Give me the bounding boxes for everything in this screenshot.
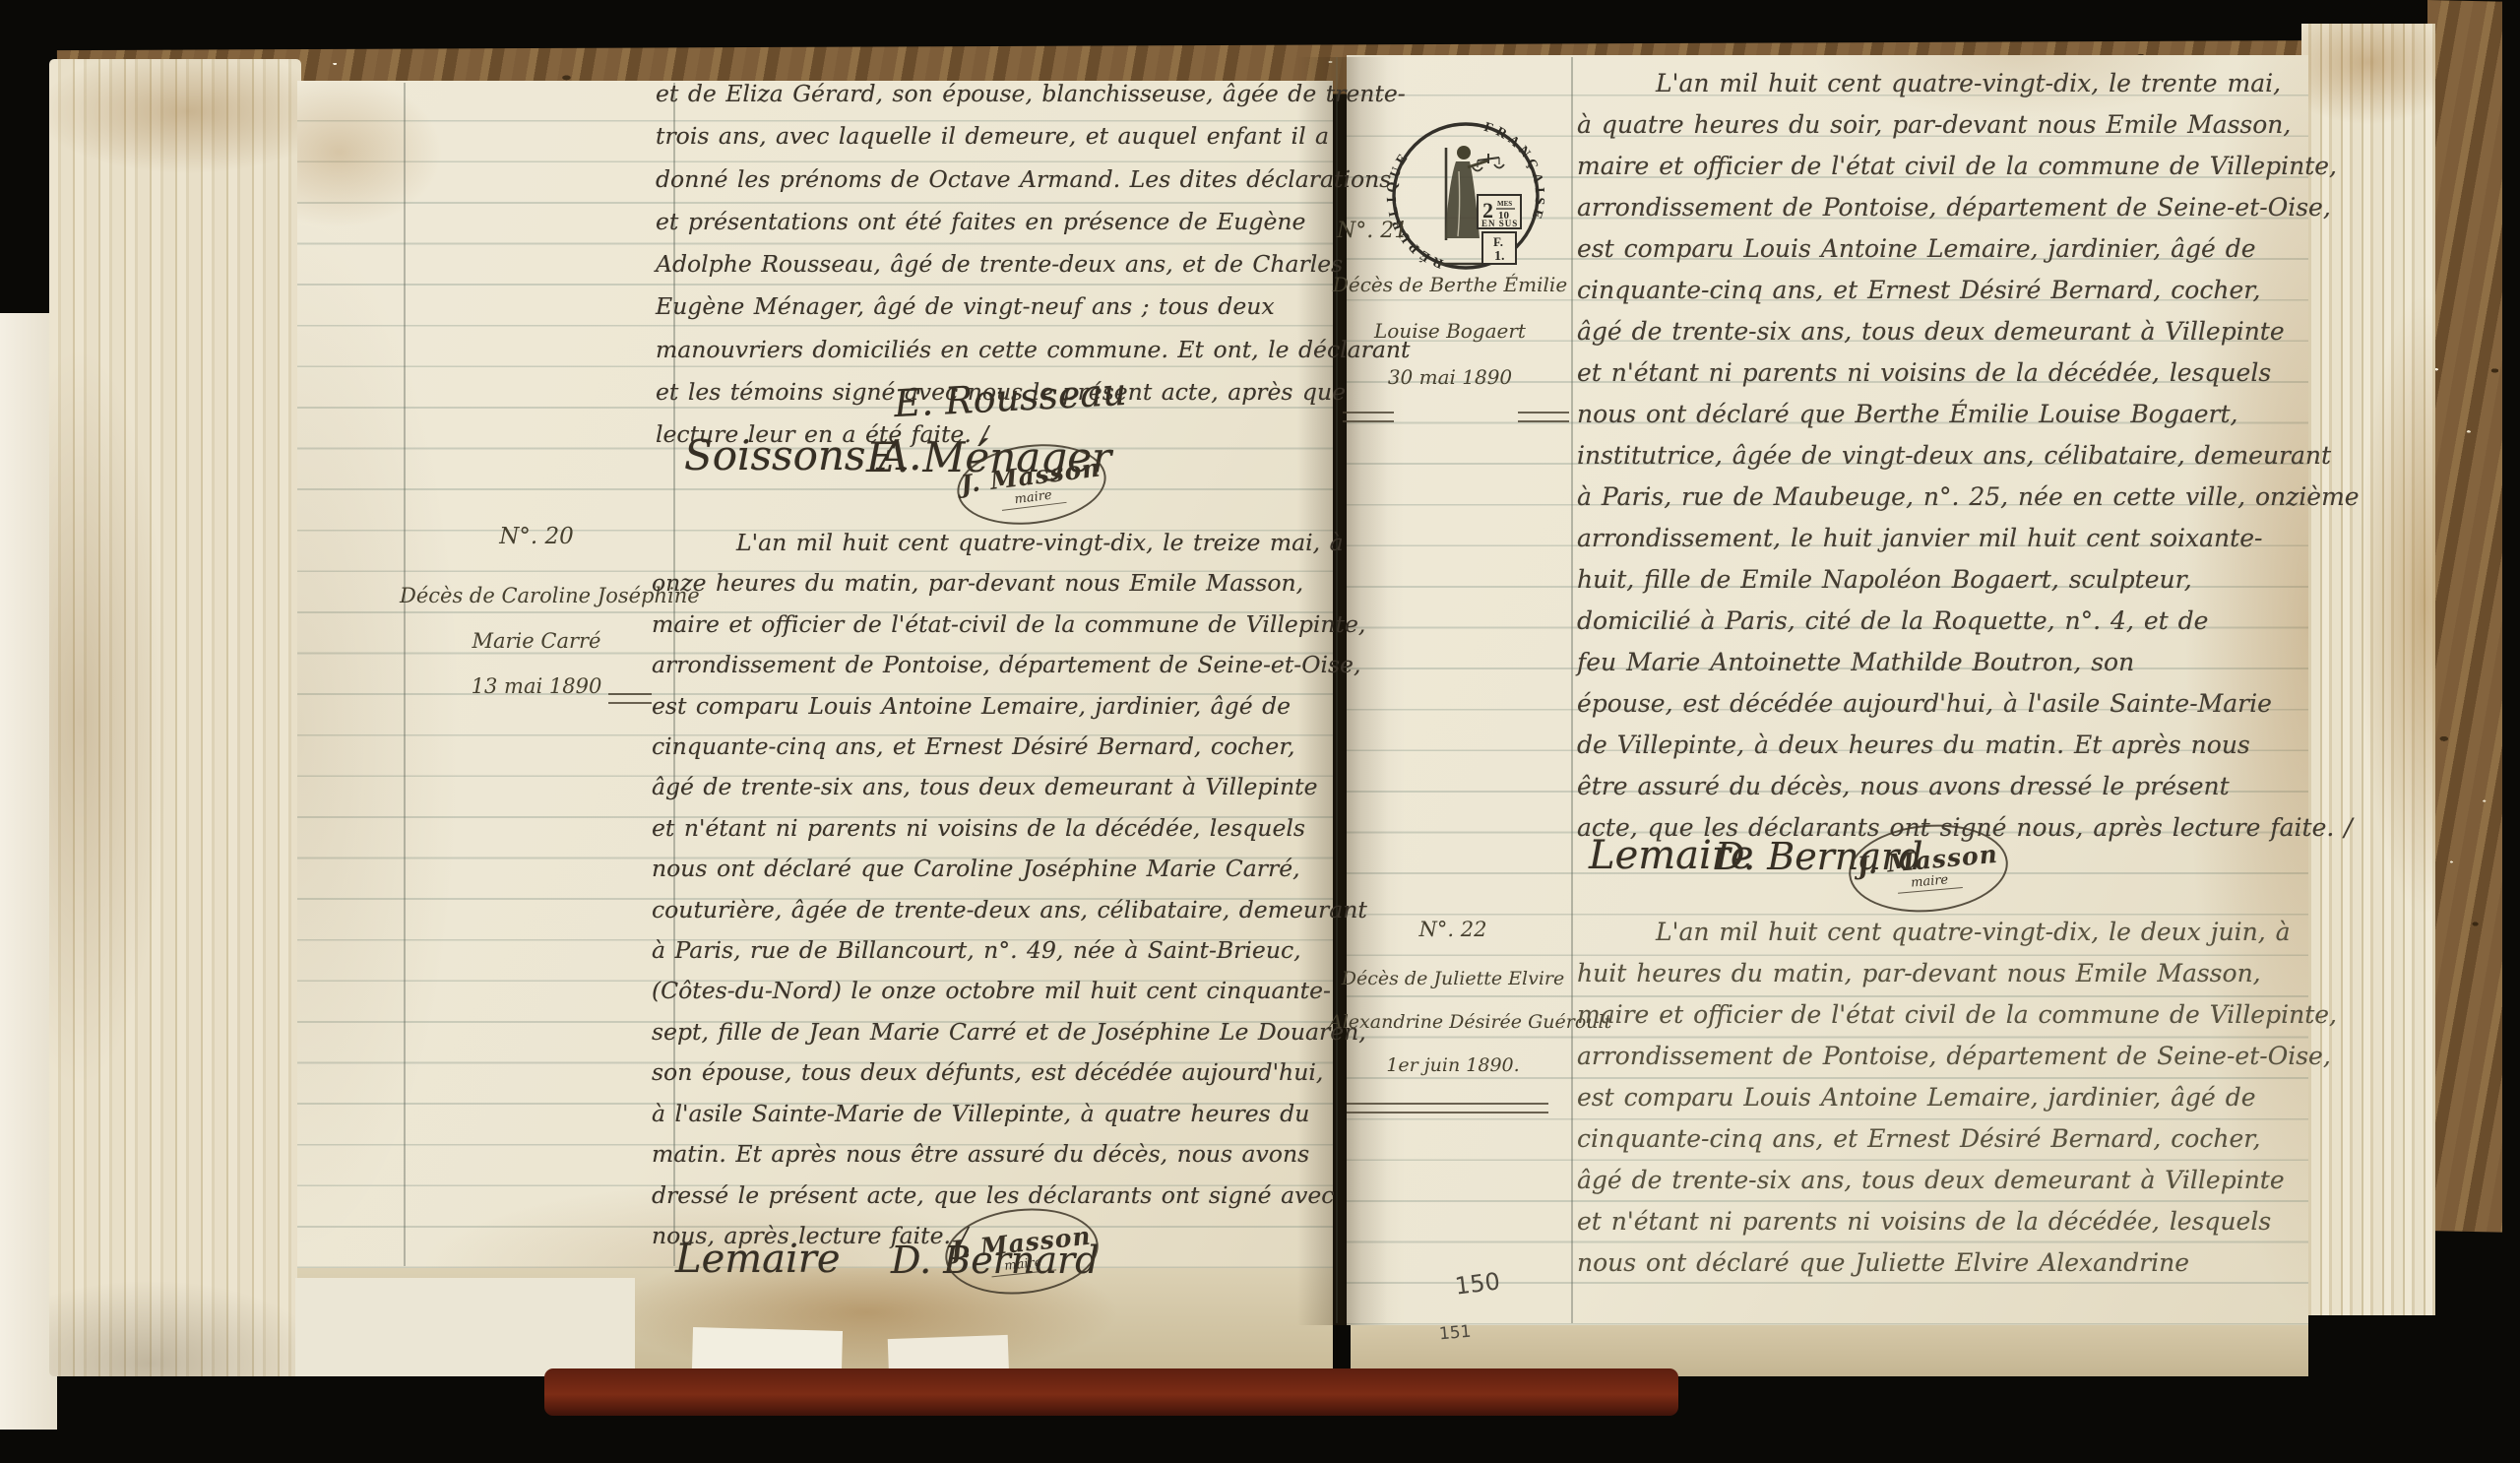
margin-note-line: Décès de Juliette Elvire xyxy=(1329,957,1577,1000)
margin-note-line: 13 mai 1890 xyxy=(400,664,673,709)
manuscript-line: donné les prénoms de Octave Armand. Les … xyxy=(656,159,1321,201)
manuscript-line: maire et officier de l'état civil de la … xyxy=(1577,146,2301,187)
manuscript-line: sept, fille de Jean Marie Carré et de Jo… xyxy=(652,1012,1321,1052)
manuscript-line: institutrice, âgée de vingt-deux ans, cé… xyxy=(1577,435,2301,477)
manuscript-line: cinquante-cinq ans, et Ernest Désiré Ber… xyxy=(1577,1118,2305,1160)
manuscript-line: et n'étant ni parents ni voisins de la d… xyxy=(1577,352,2301,394)
manuscript-line: et présentations ont été faites en prése… xyxy=(656,201,1321,243)
manuscript-line: domicilié à Paris, cité de la Roquette, … xyxy=(1577,601,2301,642)
manuscript-line: arrondissement de Pontoise, département … xyxy=(1577,187,2301,228)
manuscript-line: âgé de trente-six ans, tous deux demeura… xyxy=(1577,311,2301,352)
manuscript-line: à l'asile Sainte-Marie de Villepinte, à … xyxy=(652,1094,1321,1134)
manuscript-line: Adolphe Rousseau, âgé de trente-deux ans… xyxy=(656,243,1321,286)
manuscript-line: cinquante-cinq ans, et Ernest Désiré Ber… xyxy=(1577,270,2301,311)
manuscript-line: onze heures du matin, par-devant nous Em… xyxy=(652,563,1321,604)
manuscript-line: matin. Et après nous être assuré du décè… xyxy=(652,1134,1321,1175)
manuscript-line: être assuré du décès, nous avons dressé … xyxy=(1577,766,2301,807)
manuscript-line: nous ont déclaré que Juliette Elvire Ale… xyxy=(1577,1242,2305,1284)
pencil-page-number: 150 xyxy=(1453,1267,1501,1300)
act-22-paragraph: L'an mil huit cent quatre-vingt-dix, le … xyxy=(1577,912,2305,1284)
margin-note-line: Alexandrine Désirée Guéroult xyxy=(1329,1000,1577,1044)
stamp-arc-text-left: RÉPUBLIQUE xyxy=(1385,149,1446,271)
margin-note-act-22: N°. 22 Décès de Juliette Elvire Alexandr… xyxy=(1329,908,1577,1087)
manuscript-line: huit, fille de Emile Napoléon Bogaert, s… xyxy=(1577,559,2301,601)
witness-signature-lemaire: Lemaire xyxy=(675,1237,841,1282)
manuscript-line: L'an mil huit cent quatre-vingt-dix, le … xyxy=(652,523,1321,563)
manuscript-line: âgé de trente-six ans, tous deux demeura… xyxy=(1577,1160,2305,1201)
stamp-franc-label: F. xyxy=(1493,234,1503,249)
manuscript-line: feu Marie Antoinette Mathilde Boutron, s… xyxy=(1577,642,2301,683)
loose-sheet-edge xyxy=(295,1278,635,1376)
act-number: N°. 20 xyxy=(400,514,673,559)
manuscript-line: épouse, est décédée aujourd'hui, à l'asi… xyxy=(1577,683,2301,725)
act-20-paragraph: L'an mil huit cent quatre-vingt-dix, le … xyxy=(652,523,1321,1256)
stamp-surtax-label: EN SUS xyxy=(1481,219,1518,228)
act-number: N°. 22 xyxy=(1329,908,1577,951)
margin-note-line: 30 mai 1890 xyxy=(1329,354,1571,401)
act-separator-mark xyxy=(1518,412,1569,422)
manuscript-line: et n'étant ni parents ni voisins de la d… xyxy=(652,808,1321,849)
marbled-cover-right-edge xyxy=(2427,0,2502,1233)
margin-rule xyxy=(1336,57,1338,1323)
manuscript-line: (Côtes-du-Nord) le onze octobre mil huit… xyxy=(652,971,1321,1011)
stained-underleaf-right xyxy=(1351,1317,2308,1376)
margin-note-line: Décès de Caroline Joséphine xyxy=(400,573,673,618)
stamp-value-sup: MES xyxy=(1497,200,1512,208)
margin-note-line: Décès de Berthe Émilie xyxy=(1329,262,1571,308)
margin-note-line: Louise Bogaert xyxy=(1329,308,1571,354)
manuscript-line: trois ans, avec laquelle il demeure, et … xyxy=(656,115,1321,158)
manuscript-line: son épouse, tous deux défunts, est décéd… xyxy=(652,1052,1321,1093)
manuscript-line: à quatre heures du soir, par-devant nous… xyxy=(1577,104,2301,146)
manuscript-line: nous ont déclaré que Caroline Joséphine … xyxy=(652,849,1321,889)
manuscript-line: cinquante-cinq ans, et Ernest Désiré Ber… xyxy=(652,727,1321,767)
manuscript-line: couturière, âgée de trente-deux ans, cél… xyxy=(652,890,1321,930)
margin-rule xyxy=(1571,57,1573,1323)
manuscript-line: à Paris, rue de Billancourt, n°. 49, née… xyxy=(652,930,1321,971)
manuscript-line: est comparu Louis Antoine Lemaire, jardi… xyxy=(1577,228,2301,270)
svg-text:RÉPUBLIQUE: RÉPUBLIQUE xyxy=(1385,149,1446,271)
page-stack-left xyxy=(49,59,301,1376)
manuscript-line: de Villepinte, à deux heures du matin. E… xyxy=(1577,725,2301,766)
manuscript-line: arrondissement de Pontoise, département … xyxy=(1577,1036,2305,1077)
register-book-scan: et de Eliza Gérard, son épouse, blanchis… xyxy=(0,0,2520,1463)
manuscript-line: arrondissement, le huit janvier mil huit… xyxy=(1577,518,2301,559)
manuscript-line: arrondissement de Pontoise, département … xyxy=(652,645,1321,685)
act-number-21: N°. 21 xyxy=(1337,219,1408,243)
manuscript-line: âgé de trente-six ans, tous deux demeura… xyxy=(652,767,1321,807)
margin-note-act-20: N°. 20 Décès de Caroline Joséphine Marie… xyxy=(400,514,673,709)
margin-note-act-21: Décès de Berthe Émilie Louise Bogaert 30… xyxy=(1329,262,1571,401)
act-separator-rule xyxy=(1347,1103,1548,1113)
manuscript-line: maire et officier de l'état civil de la … xyxy=(1577,994,2305,1036)
manuscript-line: et de Eliza Gérard, son épouse, blanchis… xyxy=(656,73,1321,115)
cover-spine-bottom xyxy=(544,1368,1678,1416)
manuscript-line: huit heures du matin, par-devant nous Em… xyxy=(1577,953,2305,994)
manuscript-line: et n'étant ni parents ni voisins de la d… xyxy=(1577,1201,2305,1242)
manuscript-line: L'an mil huit cent quatre-vingt-dix, le … xyxy=(1577,912,2305,953)
manuscript-line: maire et officier de l'état-civil de la … xyxy=(652,604,1321,645)
stamp-surcharge-box: 2 MES 10 EN SUS F. 1. xyxy=(1478,195,1521,264)
manuscript-line: est comparu Louis Antoine Lemaire, jardi… xyxy=(652,686,1321,727)
manuscript-line: à Paris, rue de Maubeuge, n°. 25, née en… xyxy=(1577,477,2301,518)
revenue-stamp-republique-francaise: RÉPUBLIQUE FRANÇAISE 2 MES 10 EN SUS xyxy=(1384,114,1547,278)
pencil-page-number: 151 xyxy=(1438,1322,1472,1345)
manuscript-line: Eugène Ménager, âgé de vingt-neuf ans ; … xyxy=(656,286,1321,328)
manuscript-line: manouvriers domiciliés en cette commune.… xyxy=(656,329,1321,371)
act-21-paragraph: L'an mil huit cent quatre-vingt-dix, le … xyxy=(1577,63,2301,849)
margin-note-line: 1er juin 1890. xyxy=(1329,1044,1577,1087)
act-separator-mark xyxy=(1343,412,1394,422)
margin-note-line: Marie Carré xyxy=(400,618,673,664)
manuscript-line: nous ont déclaré que Berthe Émilie Louis… xyxy=(1577,394,2301,435)
manuscript-line: L'an mil huit cent quatre-vingt-dix, le … xyxy=(1577,63,2301,104)
manuscript-line: dressé le présent acte, que les déclaran… xyxy=(652,1176,1321,1216)
manuscript-line: est comparu Louis Antoine Lemaire, jardi… xyxy=(1577,1077,2305,1118)
